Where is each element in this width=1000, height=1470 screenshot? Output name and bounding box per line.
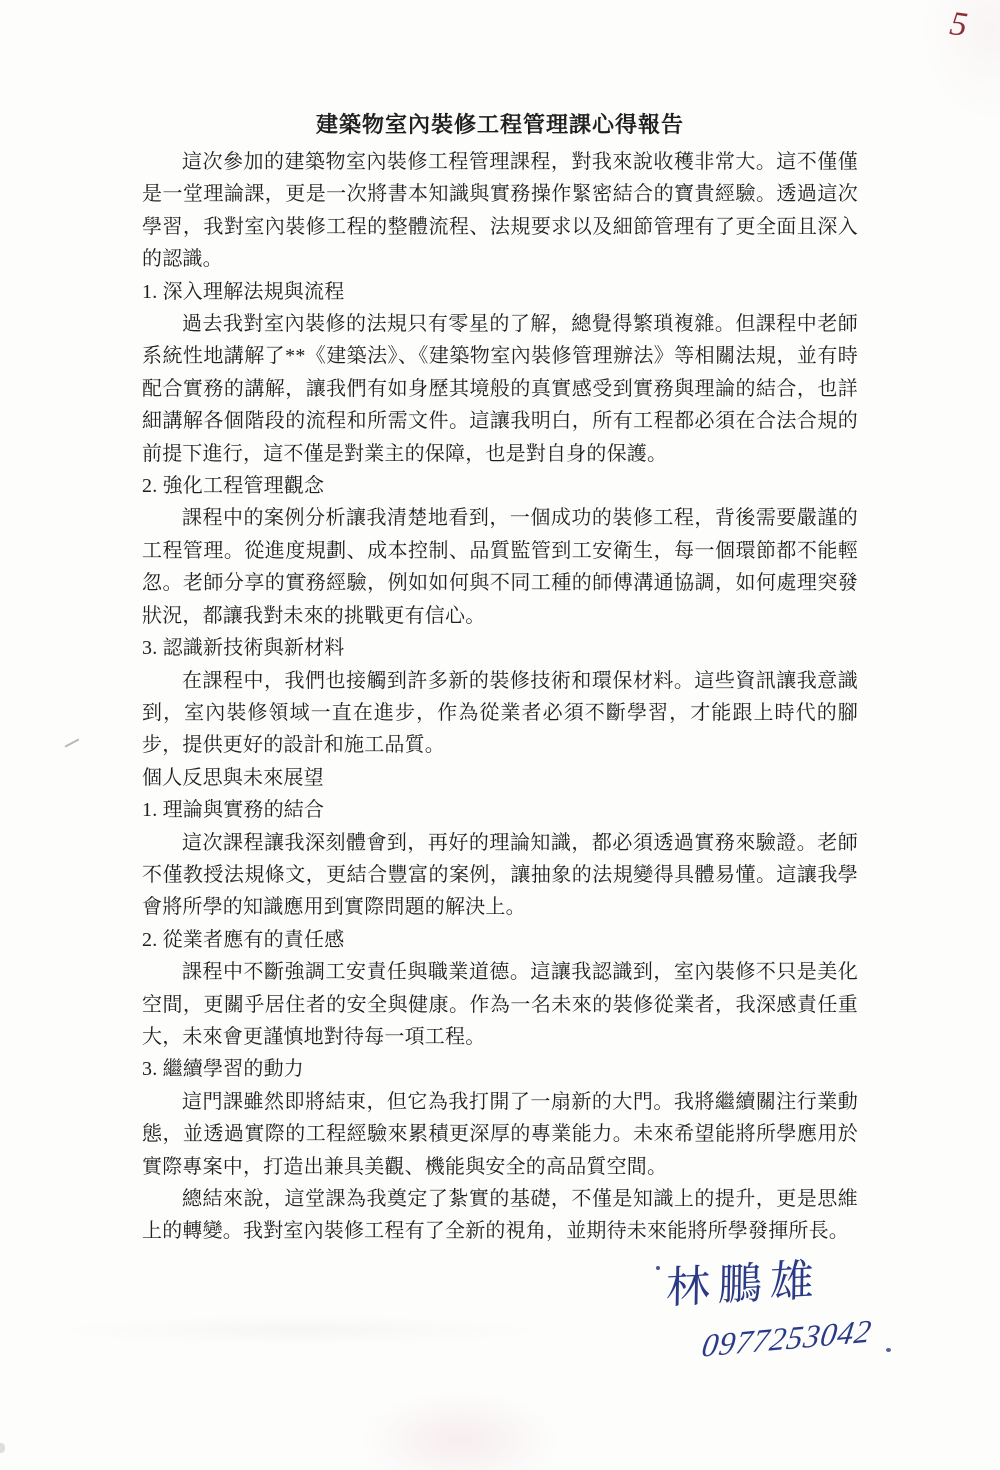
- section-heading-theory-practice: 1. 理論與實務的結合: [142, 794, 858, 826]
- scan-artifact-tick: [64, 738, 79, 747]
- section-heading-management: 2. 強化工程管理觀念: [142, 470, 858, 502]
- report-body: 建築物室內裝修工程管理課心得報告 這次參加的建築物室內裝修工程管理課程，對我來說…: [142, 108, 858, 1248]
- report-paragraph-theory-practice: 這次課程讓我深刻體會到，再好的理論知識，都必須透過實務來驗證。老師不僅教授法規條…: [142, 827, 858, 924]
- report-paragraph-law-process: 過去我對室內裝修的法規只有零星的了解，總覺得繁瑣複雜。但課程中老師系統性地講解了…: [142, 308, 858, 470]
- report-paragraph-management: 課程中的案例分析讓我清楚地看到，一個成功的裝修工程，背後需要嚴謹的工程管理。從進…: [142, 502, 858, 632]
- ink-dot-mark: [656, 1266, 660, 1270]
- handwritten-signature: 林鵬雄: [666, 1244, 823, 1316]
- section-heading-new-tech: 3. 認識新技術與新材料: [142, 632, 858, 664]
- section-heading-law-process: 1. 深入理解法規與流程: [142, 276, 858, 308]
- scanned-report-page: 5 建築物室內裝修工程管理課心得報告 這次參加的建築物室內裝修工程管理課程，對我…: [0, 0, 1000, 1470]
- report-title: 建築物室內裝修工程管理課心得報告: [142, 108, 858, 142]
- section-heading-keep-learning: 3. 繼續學習的動力: [142, 1053, 858, 1085]
- handwritten-page-number: 5: [947, 5, 969, 45]
- report-paragraph-new-tech: 在課程中，我們也接觸到許多新的裝修技術和環保材料。這些資訊讓我意識到，室內裝修領…: [142, 665, 858, 762]
- scan-artifact-edge: [0, 1443, 5, 1453]
- report-paragraph-conclusion: 總結來說，這堂課為我奠定了紮實的基礎，不僅是知識上的提升，更是思維上的轉變。我對…: [142, 1183, 858, 1248]
- handwritten-phone-number: 0977253042: [699, 1312, 874, 1364]
- section-heading-responsibility: 2. 從業者應有的責任感: [142, 924, 858, 956]
- report-paragraph-keep-learning: 這門課雖然即將結束，但它為我打開了一扇新的大門。我將繼續關注行業動態，並透過實際…: [142, 1086, 858, 1183]
- report-paragraph-responsibility: 課程中不斷強調工安責任與職業道德。這讓我認識到，室內裝修不只是美化空間，更關乎居…: [142, 956, 858, 1053]
- report-paragraph-intro: 這次參加的建築物室內裝修工程管理課程，對我來說收穫非常大。這不僅僅是一堂理論課，…: [142, 146, 858, 276]
- ink-dot-after-phone: [886, 1348, 891, 1352]
- section-heading-reflection: 個人反思與未來展望: [142, 762, 858, 794]
